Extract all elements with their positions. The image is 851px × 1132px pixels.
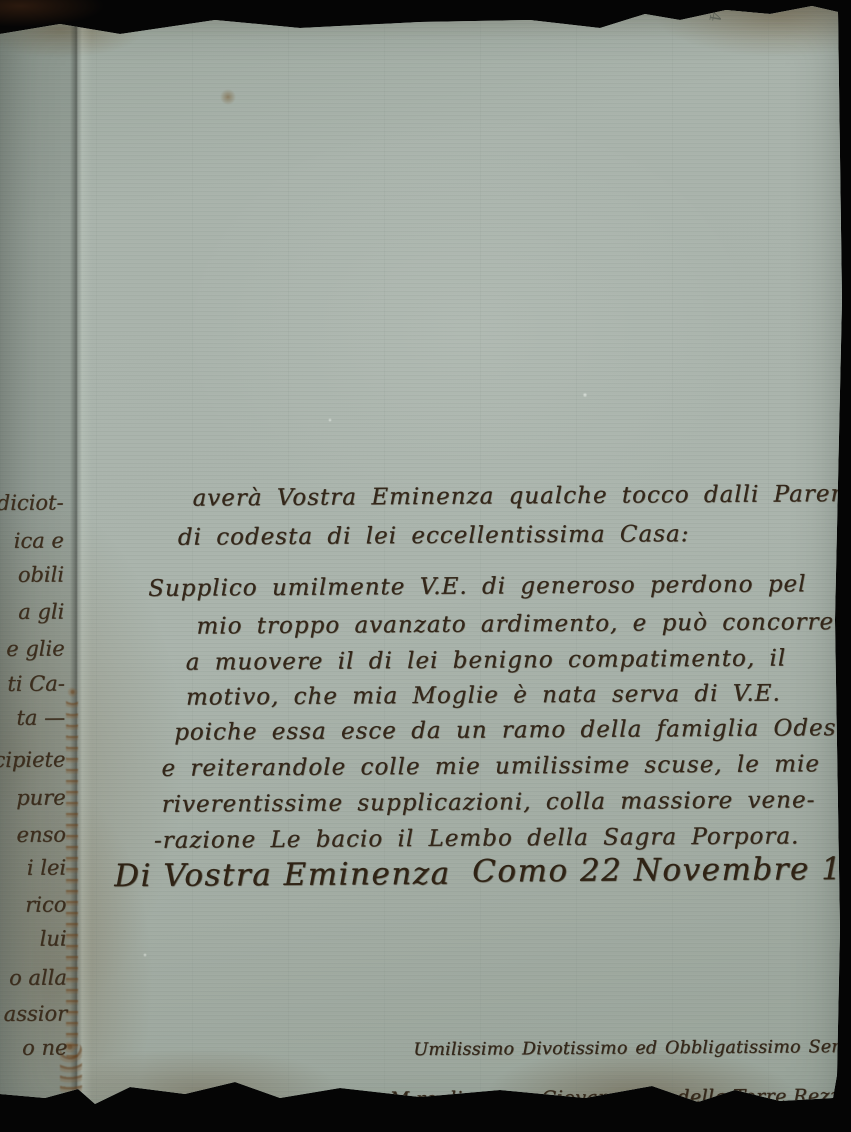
letter-body-line: Supplico umilmente V.E. di generoso perd…	[148, 571, 806, 602]
facing-page-fragment: obili	[0, 563, 64, 588]
letter-body-line: mio troppo avanzato ardimento, e può con…	[196, 609, 851, 640]
pencil-page-number: 4	[705, 11, 724, 23]
letter-body-line: di codesta di lei eccellentissima Casa:	[178, 521, 690, 551]
facing-page-fragment: pure	[0, 786, 66, 811]
facing-page-fragment: o alla	[0, 966, 67, 991]
manuscript-page: 4 diciot- ica e obili a gli e glie ti Ca…	[0, 0, 851, 1132]
facing-page-fragment: o ne	[0, 1036, 67, 1061]
letter-signature: M.ro di campo Giovampaolo della Torre Re…	[390, 1085, 851, 1111]
letter-body-line: motivo, che mia Moglie è nata serva di V…	[186, 681, 781, 711]
facing-page-fragment: ti Ca-	[0, 672, 65, 697]
scan-background: 4 diciot- ica e obili a gli e glie ti Ca…	[0, 0, 851, 1132]
facing-page-fragment: i lei	[0, 856, 66, 881]
letter-body-line: e reiterandole colle mie umilissime scus…	[161, 751, 820, 782]
facing-page-fragment: ta —	[0, 706, 65, 731]
facing-page-fragment: a gli	[0, 600, 64, 625]
facing-page-fragment: diciot-	[0, 491, 64, 516]
facing-page-fragment: cipiete	[0, 748, 65, 773]
letter-body-line: riverentissime supplicazioni, colla mass…	[162, 787, 816, 818]
handwriting-layer: 4 diciot- ica e obili a gli e glie ti Ca…	[0, 0, 851, 1132]
facing-page-fragment: ica e	[0, 529, 64, 554]
letter-body-line: averà Vostra Eminenza qualche tocco dall…	[192, 481, 851, 512]
facing-page-fragment: enso	[0, 823, 66, 848]
facing-page-fragment: rico	[0, 893, 66, 918]
letter-closing: Umilissimo Divotissimo ed Obbligatissimo…	[413, 1037, 851, 1060]
letter-body-line: -razione Le bacio il Lembo della Sagra P…	[154, 823, 800, 854]
facing-page-fragment: lui	[0, 927, 67, 952]
letter-dateline-salutation: Di Vostra Eminenza	[114, 856, 451, 894]
facing-page-fragment: assior	[0, 1002, 67, 1027]
letter-dateline-place-date: Como 22 Novembre 1724	[472, 851, 851, 890]
letter-body-line: a muovere il di lei benigno compatimento…	[186, 645, 787, 675]
letter-body-line: poiche essa esce da un ramo della famigl…	[174, 715, 851, 746]
facing-page-fragment: e glie	[0, 637, 65, 662]
